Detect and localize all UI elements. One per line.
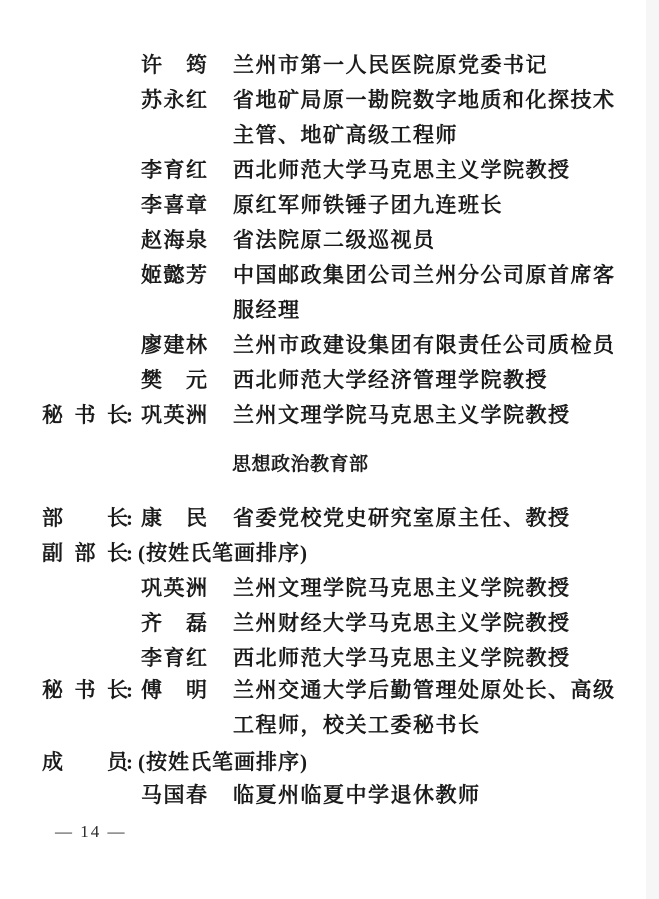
person-name: 李喜章: [141, 191, 207, 219]
person-title: 兰州交通大学后勤管理处原处长、高级: [233, 676, 616, 704]
person-name: 齐磊: [141, 609, 207, 637]
person-title: 西北师范大学马克思主义学院教授: [233, 156, 571, 184]
person-title: 兰州财经大学马克思主义学院教授: [233, 609, 571, 637]
person-name: 马国春: [141, 781, 207, 809]
page-number: — 14 —: [55, 820, 127, 844]
person-name: 许筠: [141, 51, 207, 79]
person-title: 省委党校党史研究室原主任、教授: [233, 504, 571, 532]
member-row: 齐磊 兰州财经大学马克思主义学院教授: [0, 609, 646, 637]
continuation-row: 主管、地矿高级工程师: [0, 121, 646, 149]
person-title: 兰州市第一人民医院原党委书记: [233, 51, 548, 79]
scan-edge-shadow: [646, 0, 659, 899]
member-row: 李喜章 原红军师铁锤子团九连班长: [0, 191, 646, 219]
role-colon: :: [126, 401, 133, 429]
person-name: 廖建林: [141, 331, 207, 359]
role-note-row: 成员 : (按姓氏笔画排序): [0, 748, 646, 776]
member-row: 李育红 西北师范大学马克思主义学院教授: [0, 156, 646, 184]
member-row: 廖建林 兰州市政建设集团有限责任公司质检员: [0, 331, 646, 359]
person-name: 赵海泉: [141, 226, 207, 254]
continuation-row: 服经理: [0, 296, 646, 324]
role-label: 部长: [42, 504, 128, 532]
person-name: 傅明: [141, 676, 207, 704]
role-label: 副部长: [42, 539, 128, 567]
sort-order-note: (按姓氏笔画排序): [138, 539, 308, 567]
sort-order-note: (按姓氏笔画排序): [138, 748, 308, 776]
role-row: 秘书长 : 巩英洲 兰州文理学院马克思主义学院教授: [0, 401, 646, 429]
member-row: 巩英洲 兰州文理学院马克思主义学院教授: [0, 574, 646, 602]
person-title-continuation: 服经理: [233, 296, 301, 324]
member-row: 姬懿芳 中国邮政集团公司兰州分公司原首席客: [0, 261, 646, 289]
role-colon: :: [126, 539, 133, 567]
role-label: 秘书长: [42, 401, 128, 429]
section-heading: 思想政治教育部: [232, 451, 646, 479]
role-colon: :: [126, 748, 133, 776]
person-name: 巩英洲: [141, 401, 207, 429]
person-title: 西北师范大学经济管理学院教授: [233, 366, 548, 394]
person-title: 临夏州临夏中学退休教师: [233, 781, 481, 809]
role-row: 秘书长 : 傅明 兰州交通大学后勤管理处原处长、高级: [0, 676, 646, 704]
role-colon: :: [126, 676, 133, 704]
document-page: 许筠 兰州市第一人民医院原党委书记 苏永红 省地矿局原一勘院数字地质和化探技术 …: [0, 0, 659, 899]
role-label: 成员: [42, 748, 128, 776]
member-row: 马国春 临夏州临夏中学退休教师: [0, 781, 646, 809]
person-name: 巩英洲: [141, 574, 207, 602]
person-title: 省地矿局原一勘院数字地质和化探技术: [233, 86, 616, 114]
role-colon: :: [126, 504, 133, 532]
person-name: 姬懿芳: [141, 261, 207, 289]
person-title: 兰州文理学院马克思主义学院教授: [233, 401, 571, 429]
member-row: 苏永红 省地矿局原一勘院数字地质和化探技术: [0, 86, 646, 114]
person-title: 兰州文理学院马克思主义学院教授: [233, 574, 571, 602]
person-title: 原红军师铁锤子团九连班长: [233, 191, 503, 219]
person-name: 苏永红: [141, 86, 207, 114]
person-name: 樊元: [141, 366, 207, 394]
person-title-continuation: 主管、地矿高级工程师: [233, 121, 458, 149]
member-row: 李育红 西北师范大学马克思主义学院教授: [0, 644, 646, 672]
person-name: 康民: [141, 504, 207, 532]
person-title: 中国邮政集团公司兰州分公司原首席客: [233, 261, 616, 289]
member-row: 赵海泉 省法院原二级巡视员: [0, 226, 646, 254]
person-title-continuation: 工程师，校关工委秘书长: [233, 711, 481, 739]
person-title: 兰州市政建设集团有限责任公司质检员: [233, 331, 616, 359]
person-title: 西北师范大学马克思主义学院教授: [233, 644, 571, 672]
role-row: 部长 : 康民 省委党校党史研究室原主任、教授: [0, 504, 646, 532]
person-name: 李育红: [141, 644, 207, 672]
person-name: 李育红: [141, 156, 207, 184]
person-title: 省法院原二级巡视员: [233, 226, 436, 254]
member-row: 樊元 西北师范大学经济管理学院教授: [0, 366, 646, 394]
role-note-row: 副部长 : (按姓氏笔画排序): [0, 539, 646, 567]
member-row: 许筠 兰州市第一人民医院原党委书记: [0, 51, 646, 79]
role-label: 秘书长: [42, 676, 128, 704]
continuation-row: 工程师，校关工委秘书长: [0, 711, 646, 739]
